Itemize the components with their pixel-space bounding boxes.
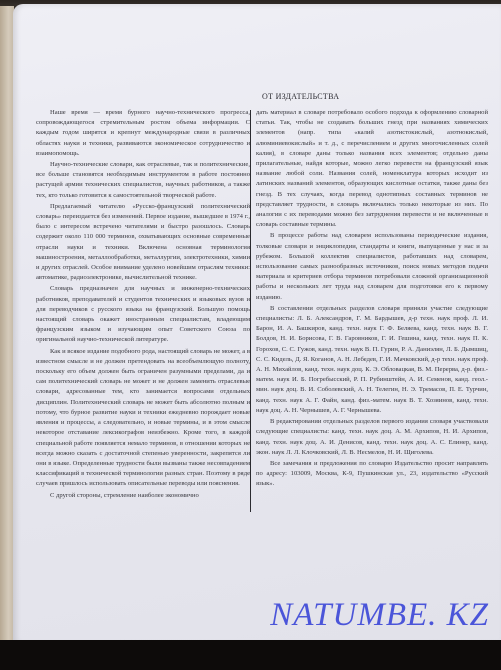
paragraph: Как и всякое издание подобного рода, нас… (36, 347, 250, 490)
book-cover-edge (0, 6, 14, 646)
paragraph: Научно-технические словари, как отраслев… (36, 160, 250, 201)
paragraph: Словарь предназначен для научных и инжен… (36, 284, 250, 345)
paragraph: С другой стороны, стремление наиболее эк… (36, 491, 250, 501)
background-shadow-bottom (0, 640, 501, 670)
watermark: NATUMBE. KZ (270, 597, 489, 634)
paragraph: дать материал в словаре потребовало особ… (256, 108, 488, 230)
paragraph: Предлагаемый читателю «Русско-французски… (36, 202, 250, 284)
right-column: дать материал в словаре потребовало особ… (256, 108, 488, 491)
paragraph: Все замечания и предложения по словарю И… (256, 459, 488, 490)
paragraph: В редактировании отдельных разделов перв… (256, 417, 488, 458)
column-divider (250, 110, 251, 512)
paragraph: В процессе работы над словарем использов… (256, 231, 488, 302)
paragraph: В составлении отдельных разделов словаря… (256, 304, 488, 416)
left-column: Наше время — время бурного научно-технич… (36, 108, 250, 502)
section-heading: ОТ ИЗДАТЕЛЬСТВА (262, 92, 339, 101)
paragraph: Наше время — время бурного научно-технич… (36, 108, 250, 159)
